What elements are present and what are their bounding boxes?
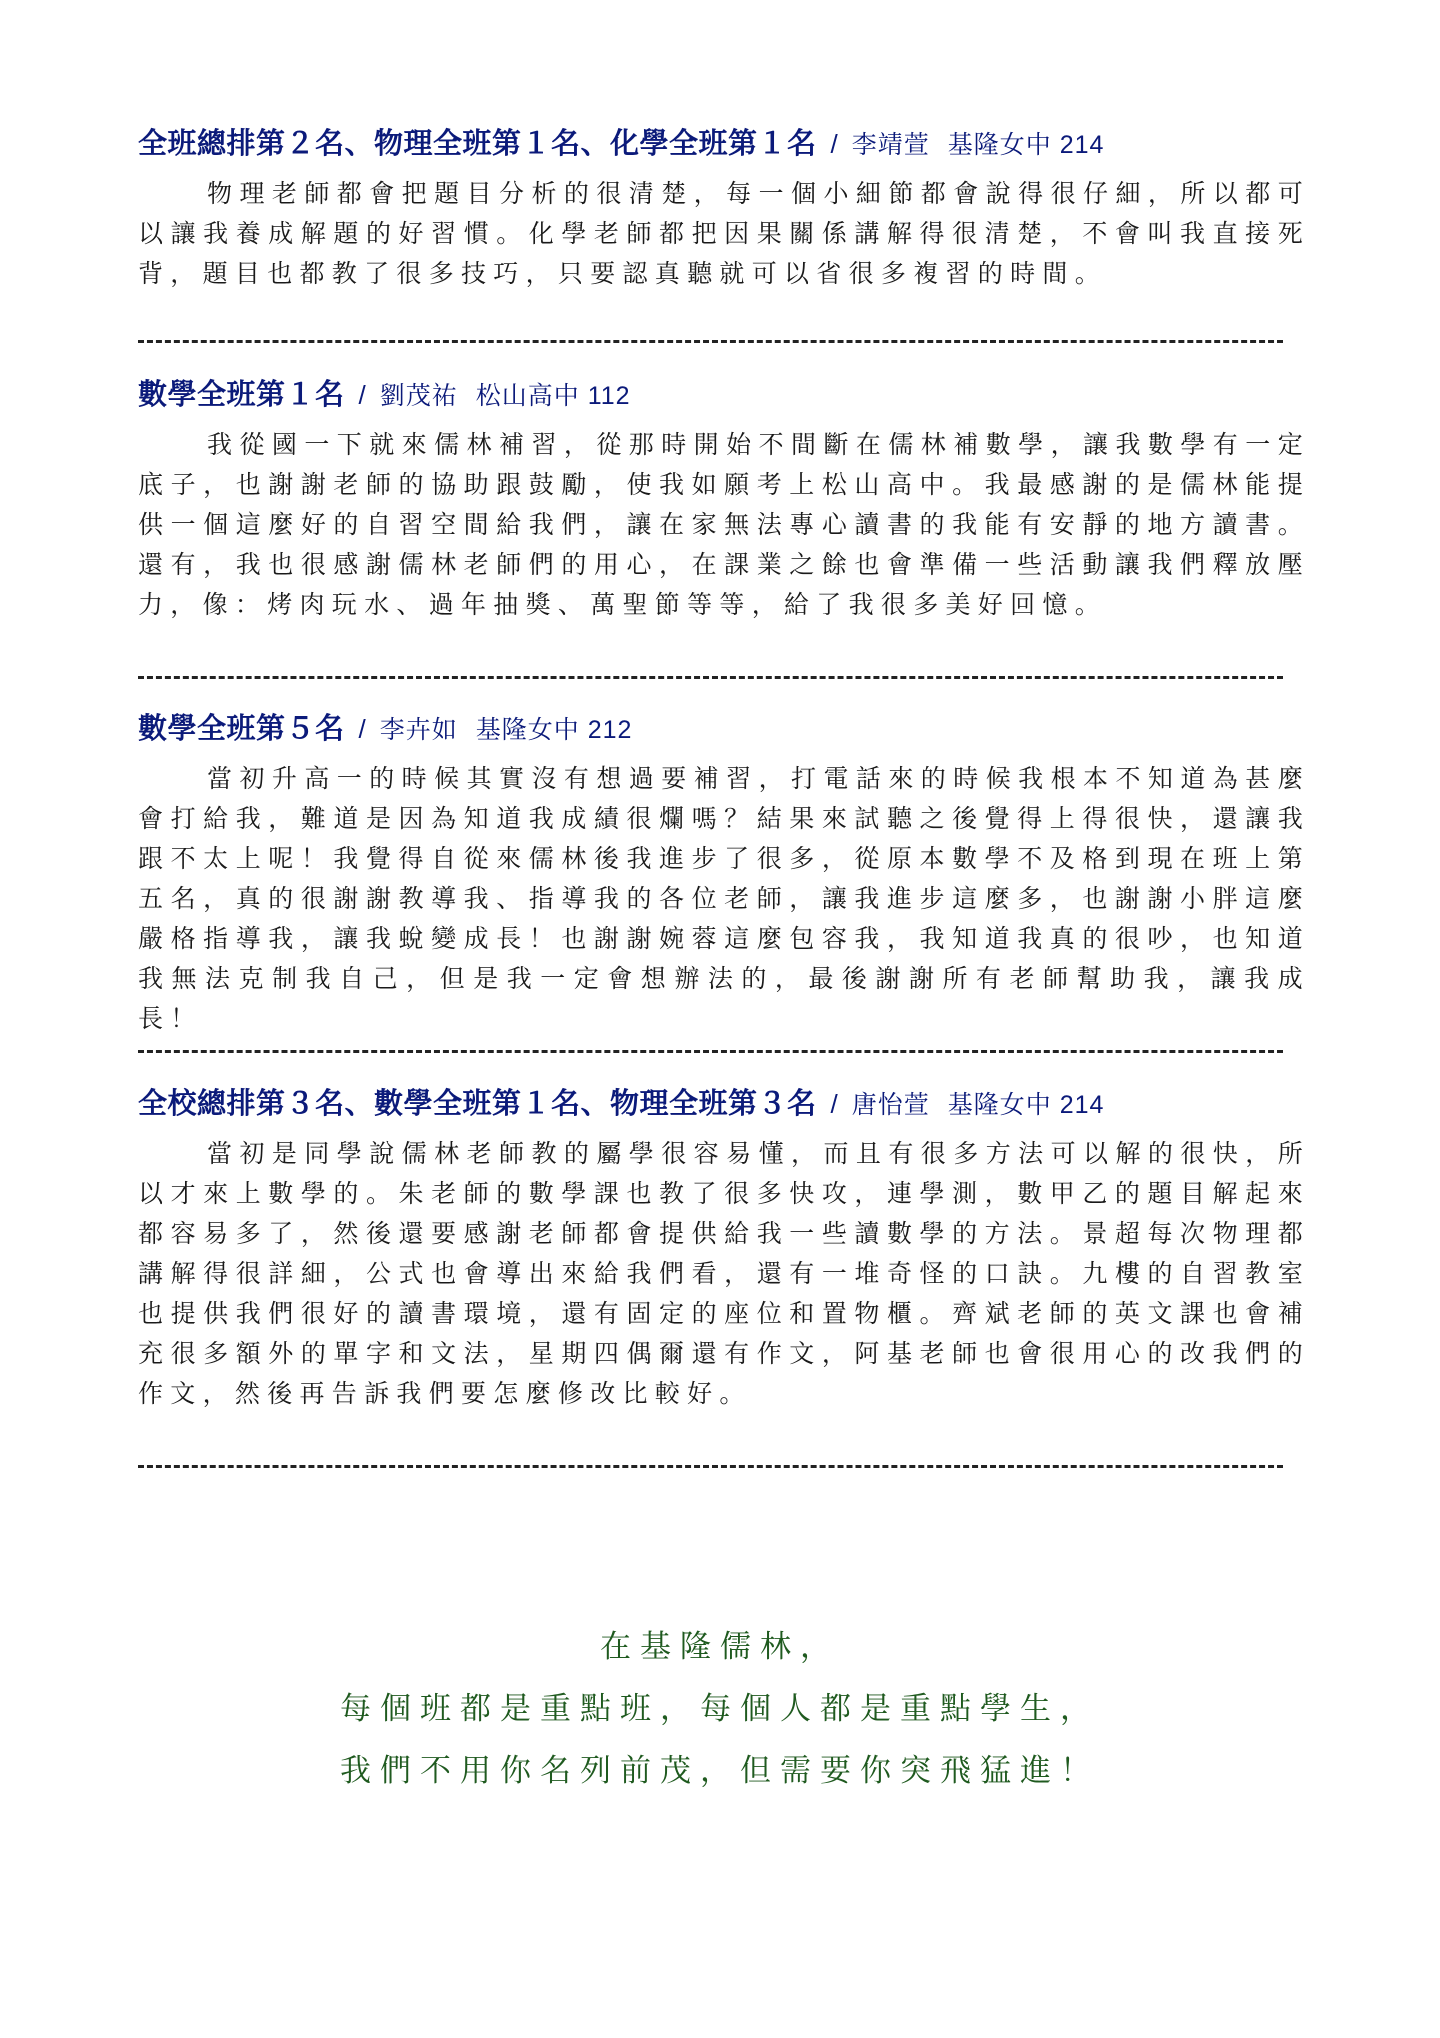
testimonial-body: 當初是同學說儒林老師教的屬學很容易懂，而且有很多方法可以解的很快，所以才來上數學… [138, 1134, 1310, 1414]
heading-separator: / [359, 380, 366, 410]
student-school: 基隆女中 214 [948, 131, 1105, 159]
dashed-divider [138, 1465, 1283, 1468]
heading-separator: / [831, 129, 838, 159]
testimonial-3: 數學全班第５名/李卉如基隆女中 212 當初升高一的時候其實沒有想過要補習，打電… [138, 709, 1310, 1039]
student-name: 唐怡萱 [852, 1091, 930, 1119]
slogan-line-2: 每個班都是重點班，每個人都是重點學生， [0, 1678, 1440, 1740]
testimonial-heading: 數學全班第１名/劉茂祐松山高中 112 [138, 375, 1310, 415]
dashed-divider [138, 340, 1283, 343]
testimonial-2: 數學全班第１名/劉茂祐松山高中 112 我從國一下就來儒林補習，從那時開始不間斷… [138, 375, 1310, 625]
achievement-title: 數學全班第５名 [138, 713, 345, 745]
dashed-divider [138, 1050, 1283, 1053]
heading-separator: / [359, 714, 366, 744]
slogan-line-1: 在基隆儒林， [0, 1616, 1440, 1678]
testimonial-body: 我從國一下就來儒林補習，從那時開始不間斷在儒林補數學，讓我數學有一定底子，也謝謝… [138, 425, 1310, 625]
testimonial-1: 全班總排第２名、物理全班第１名、化學全班第１名/李靖萱基隆女中 214 物理老師… [138, 124, 1310, 294]
testimonial-heading: 數學全班第５名/李卉如基隆女中 212 [138, 709, 1310, 749]
slogan-line-3: 我們不用你名列前茂，但需要你突飛猛進！ [0, 1740, 1440, 1802]
dashed-divider [138, 676, 1283, 679]
student-name: 劉茂祐 [380, 382, 458, 410]
heading-separator: / [831, 1089, 838, 1119]
achievement-title: 全校總排第３名、數學全班第１名、物理全班第３名 [138, 1088, 817, 1120]
student-school: 基隆女中 214 [948, 1091, 1105, 1119]
testimonial-body: 當初升高一的時候其實沒有想過要補習，打電話來的時候我根本不知道為甚麼會打給我，難… [138, 759, 1310, 1039]
student-name: 李靖萱 [852, 131, 930, 159]
achievement-title: 數學全班第１名 [138, 379, 345, 411]
achievement-title: 全班總排第２名、物理全班第１名、化學全班第１名 [138, 128, 817, 160]
testimonial-heading: 全校總排第３名、數學全班第１名、物理全班第３名/唐怡萱基隆女中 214 [138, 1084, 1310, 1124]
testimonial-page: 全班總排第２名、物理全班第１名、化學全班第１名/李靖萱基隆女中 214 物理老師… [0, 0, 1440, 2038]
student-school: 基隆女中 212 [476, 716, 633, 744]
closing-slogan: 在基隆儒林， 每個班都是重點班，每個人都是重點學生， 我們不用你名列前茂，但需要… [0, 1616, 1440, 1802]
testimonial-body: 物理老師都會把題目分析的很清楚，每一個小細節都會說得很仔細，所以都可以讓我養成解… [138, 174, 1310, 294]
student-name: 李卉如 [380, 716, 458, 744]
student-school: 松山高中 112 [476, 382, 631, 410]
testimonial-4: 全校總排第３名、數學全班第１名、物理全班第３名/唐怡萱基隆女中 214 當初是同… [138, 1084, 1310, 1414]
testimonial-heading: 全班總排第２名、物理全班第１名、化學全班第１名/李靖萱基隆女中 214 [138, 124, 1310, 164]
